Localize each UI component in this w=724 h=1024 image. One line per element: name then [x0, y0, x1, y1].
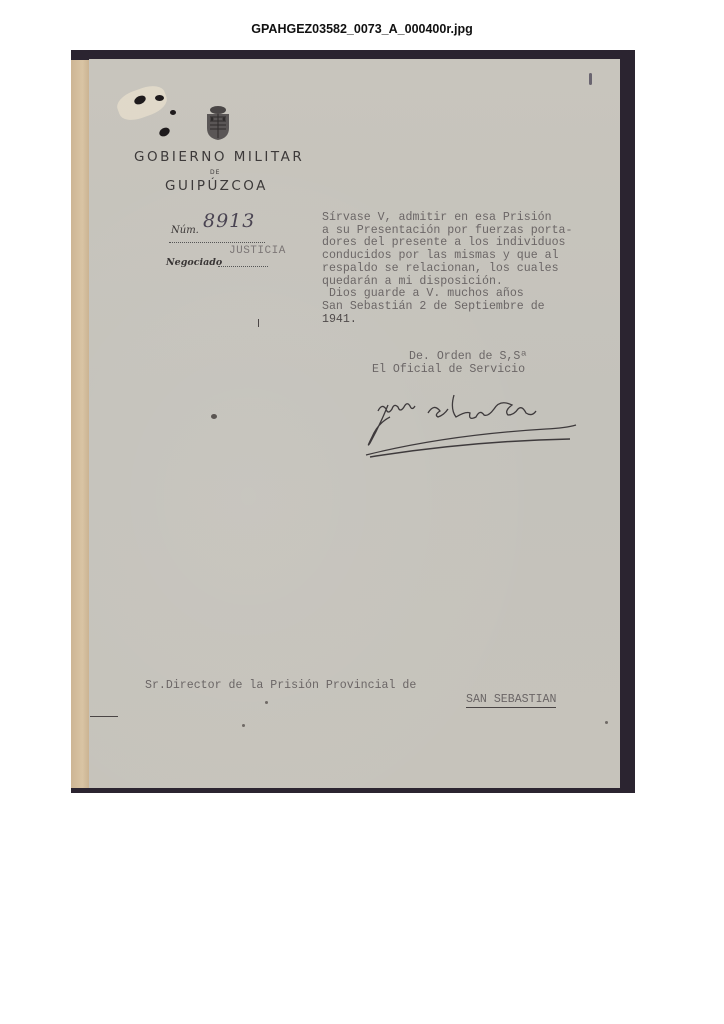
num-underline — [169, 242, 265, 243]
handwritten-signature — [358, 383, 598, 463]
negociado-label: Negociado — [166, 257, 222, 268]
negociado-underline — [218, 266, 268, 267]
paper-speck — [605, 721, 608, 724]
coat-of-arms-icon — [202, 104, 234, 142]
margin-mark — [258, 319, 259, 327]
ink-stain — [211, 414, 217, 419]
closing-order: De. Orden de S,Sª — [409, 350, 527, 363]
paper-speck — [242, 724, 245, 727]
letterhead-line-1: GOBIERNO MILITAR — [134, 149, 304, 165]
body-line: conducidos por las mismas y que al — [322, 250, 572, 263]
body-line: 1941. — [322, 314, 572, 327]
ink-stain — [155, 95, 164, 101]
ink-stain — [170, 110, 176, 115]
letterhead-line-2: DE — [210, 169, 220, 176]
file-title: GPAHGEZ03582_0073_A_000400r.jpg — [0, 22, 724, 36]
closing-title: El Oficial de Servicio — [372, 363, 525, 376]
addressee-city: SAN SEBASTIAN — [466, 693, 556, 708]
body-line: respaldo se relacionan, los cuales — [322, 263, 572, 276]
margin-mark — [90, 716, 118, 717]
addressee-line: Sr.Director de la Prisión Provincial de — [145, 679, 416, 692]
body-line: San Sebastián 2 de Septiembre de — [322, 301, 572, 314]
num-label: Núm. — [171, 225, 199, 236]
body-line: Sírvase V, admitir en esa Prisión — [322, 212, 572, 225]
pencil-mark — [589, 73, 592, 85]
num-value: 8913 — [203, 210, 255, 232]
letterhead-line-3: GUIPÚZCOA — [165, 178, 268, 194]
binding-strip — [71, 60, 90, 788]
paper-speck — [265, 701, 268, 704]
ink-stain — [158, 126, 172, 138]
negociado-value: JUSTICIA — [229, 245, 286, 257]
letter-body: Sírvase V, admitir en esa Prisióna su Pr… — [322, 212, 572, 326]
